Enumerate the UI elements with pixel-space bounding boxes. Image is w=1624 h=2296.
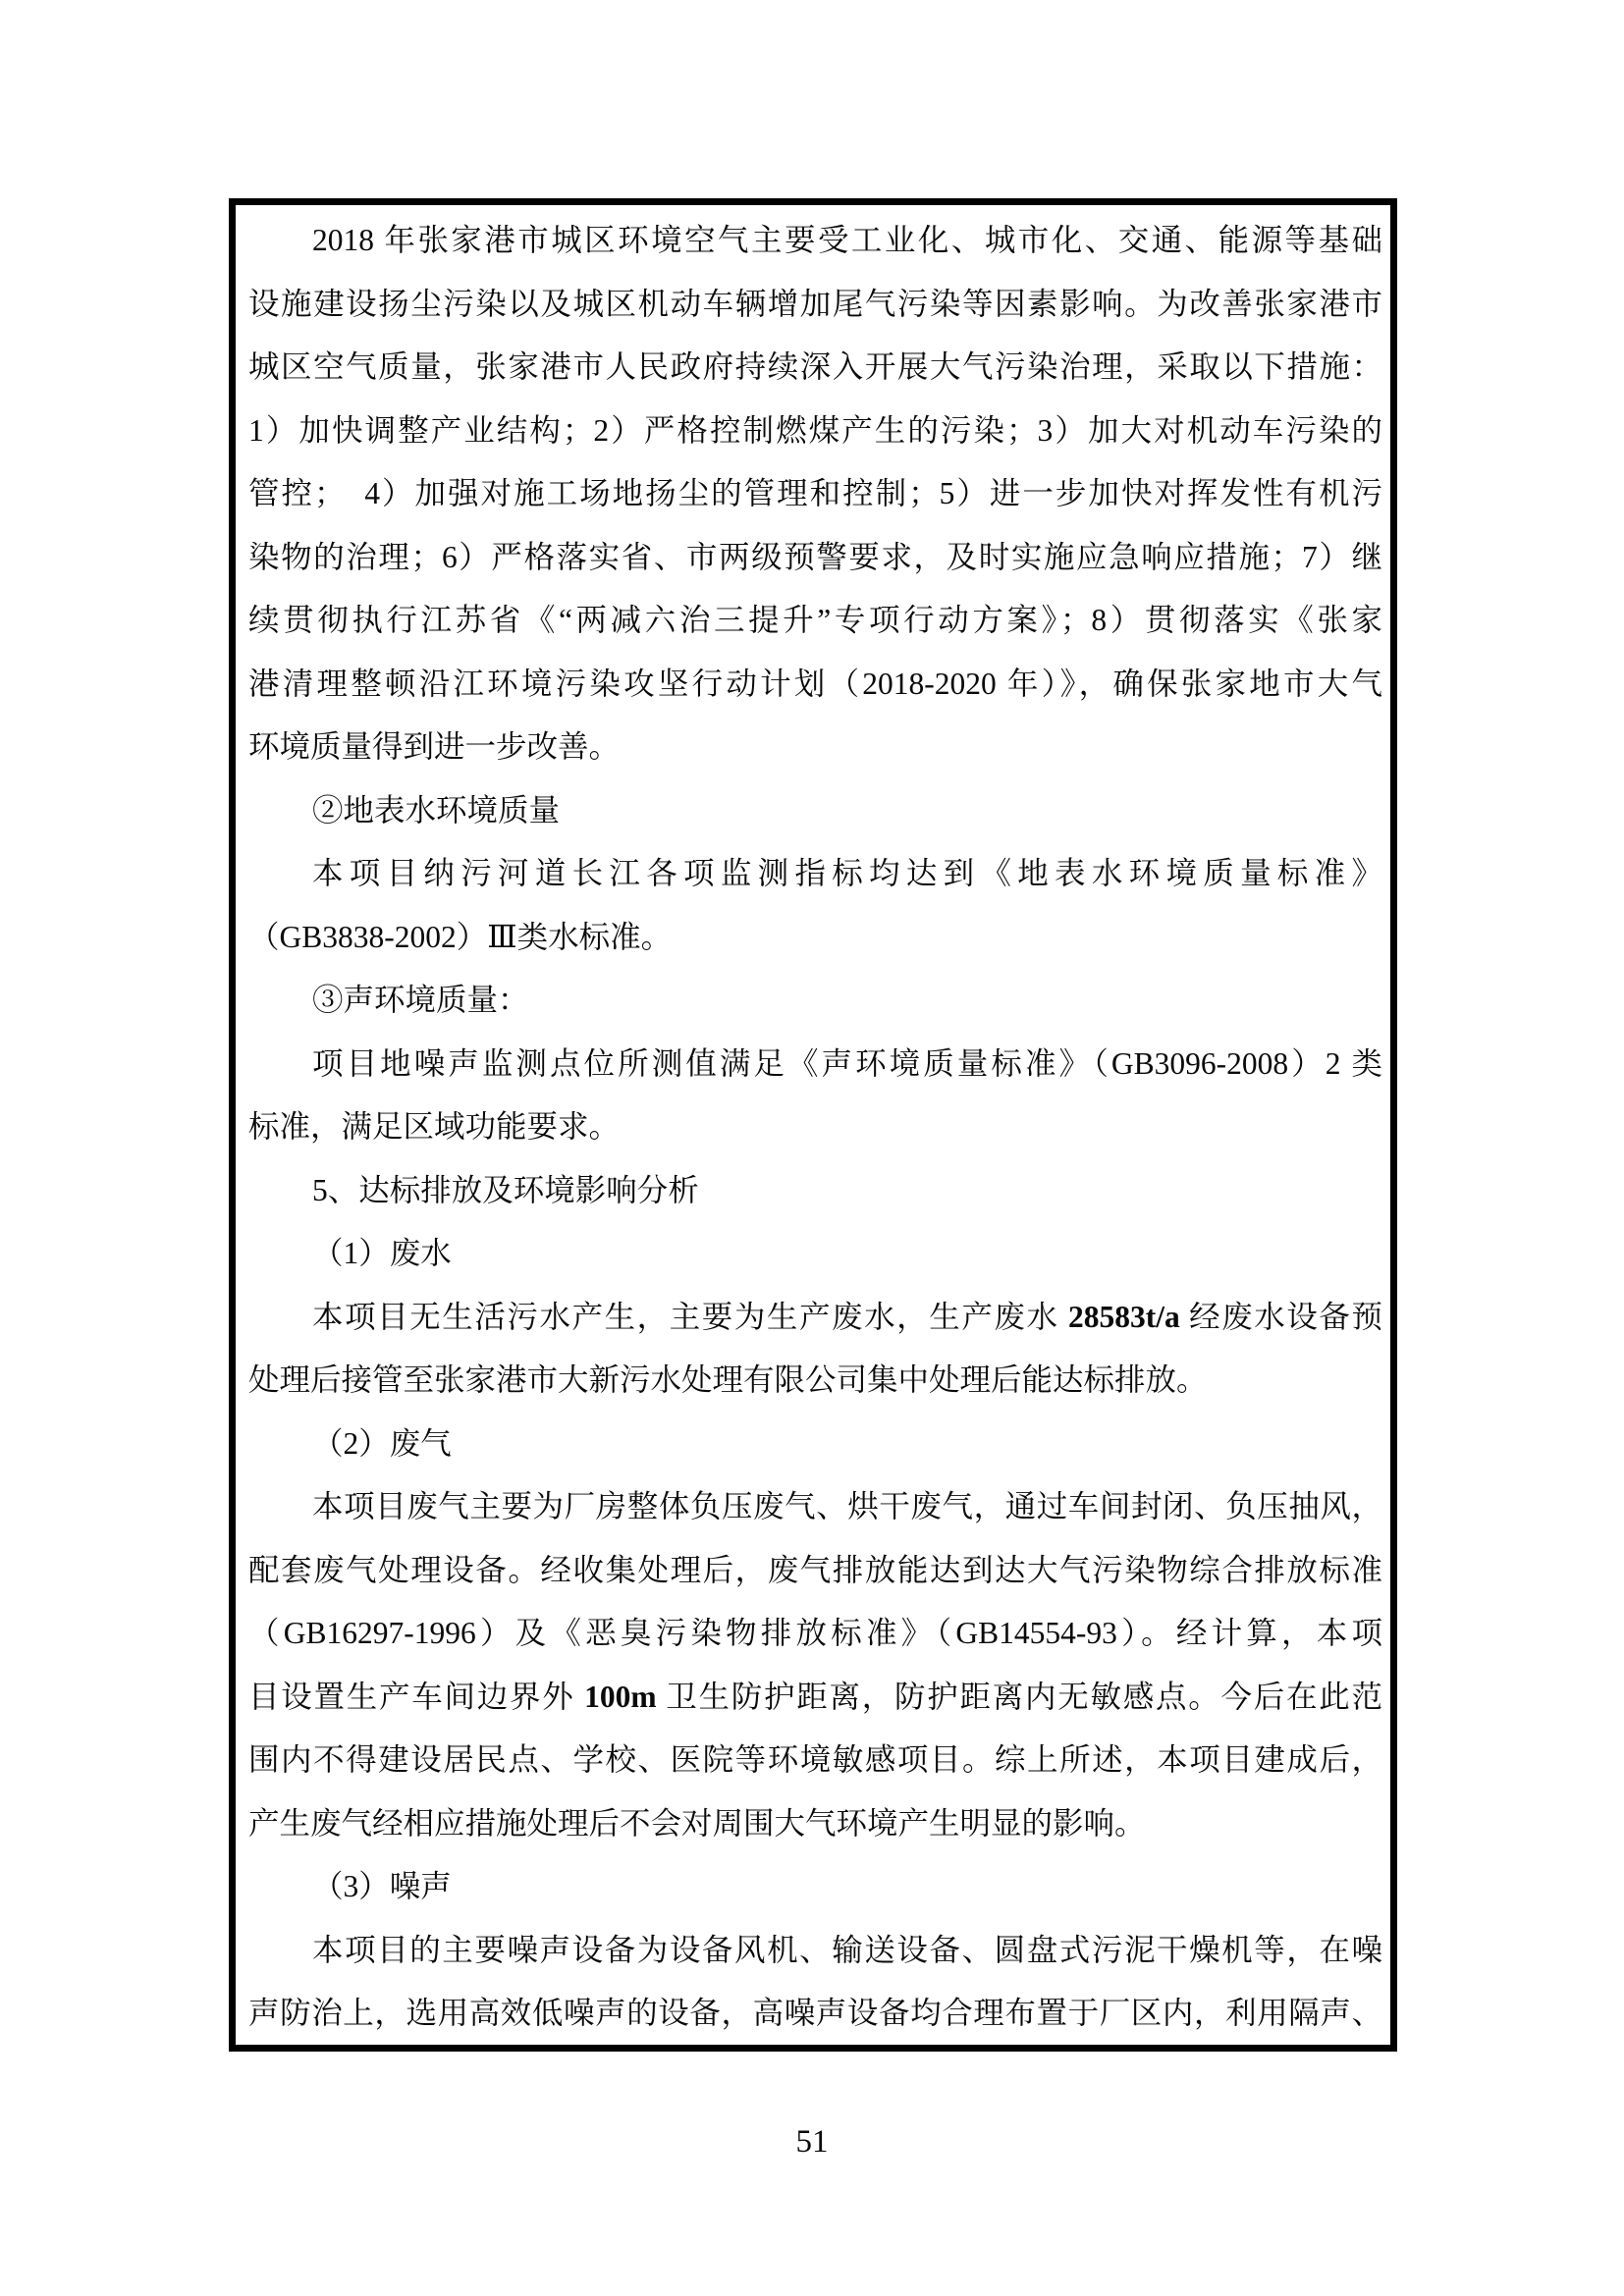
text-line: 本项目纳污河道长江各项监测指标均达到《地表水环境质量标准》 [248, 842, 1382, 906]
text-line: 5、达标排放及环境影响分析 [248, 1159, 1382, 1223]
text-line: 声防治上，选用高效低噪声的设备，高噪声设备均合理布置于厂区内，利用隔声、 [248, 1982, 1382, 2046]
text-line: 配套废气处理设备。经收集处理后，废气排放能达到达大气污染物综合排放标准 [248, 1539, 1382, 1603]
text-line: （3）噪声 [248, 1855, 1382, 1919]
text-line: 围内不得建设居民点、学校、医院等环境敏感项目。综上所述，本项目建成后， [248, 1729, 1382, 1792]
text-line: ②地表水环境质量 [248, 779, 1382, 843]
text-line: （GB16297-1996）及《恶臭污染物排放标准》（GB14554-93）。经… [248, 1602, 1382, 1666]
text-line: 设施建设扬尘污染以及城区机动车辆增加尾气污染等因素影响。为改善张家港市 [248, 273, 1382, 337]
page-number: 51 [0, 2122, 1624, 2162]
text-line: 2018 年张家港市城区环境空气主要受工业化、城市化、交通、能源等基础 [248, 209, 1382, 273]
text-line: 染物的治理；6）严格落实省、市两级预警要求，及时实施应急响应措施；7）继 [248, 526, 1382, 590]
text-line: 处理后接管至张家港市大新污水处理有限公司集中处理后能达标排放。 [248, 1349, 1382, 1413]
text-line: 本项目无生活污水产生，主要为生产废水，生产废水 28583t/a 经废水设备预 [248, 1286, 1382, 1350]
text-line: 续贯彻执行江苏省《“两减六治三提升”专项行动方案》；8）贯彻落实《张家 [248, 589, 1382, 653]
table-cell: 2018 年张家港市城区环境空气主要受工业化、城市化、交通、能源等基础 设施建设… [229, 198, 1397, 2052]
text-line: 环境质量得到进一步改善。 [248, 716, 1382, 779]
text-line: （2）废气 [248, 1413, 1382, 1476]
text-line: 目设置生产车间边界外 100m 卫生防护距离，防护距离内无敏感点。今后在此范 [248, 1666, 1382, 1730]
text-line: 本项目的主要噪声设备为设备风机、输送设备、圆盘式污泥干燥机等，在噪 [248, 1919, 1382, 1983]
text-line: 本项目废气主要为厂房整体负压废气、烘干废气，通过车间封闭、负压抽风， [248, 1475, 1382, 1539]
text-line: 标准，满足区域功能要求。 [248, 1095, 1382, 1159]
text-line: 管控； 4）加强对施工场地扬尘的管理和控制；5）进一步加快对挥发性有机污 [248, 462, 1382, 526]
text-line: （GB3838-2002）Ⅲ类水标准。 [248, 906, 1382, 970]
text-line: ③声环境质量： [248, 969, 1382, 1033]
text-line: （1）废水 [248, 1222, 1382, 1286]
text-line: 1）加快调整产业结构；2）严格控制燃煤产生的污染；3）加大对机动车污染的 [248, 400, 1382, 463]
text-line: 产生废气经相应措施处理后不会对周围大气环境产生明显的影响。 [248, 1792, 1382, 1856]
text-line: 港清理整顿沿江环境污染攻坚行动计划（2018-2020 年）》，确保张家地市大气 [248, 653, 1382, 717]
text-line: 项目地噪声监测点位所测值满足《声环境质量标准》（GB3096-2008）2 类 [248, 1033, 1382, 1096]
text-line: 城区空气质量，张家港市人民政府持续深入开展大气污染治理，采取以下措施： [248, 336, 1382, 400]
